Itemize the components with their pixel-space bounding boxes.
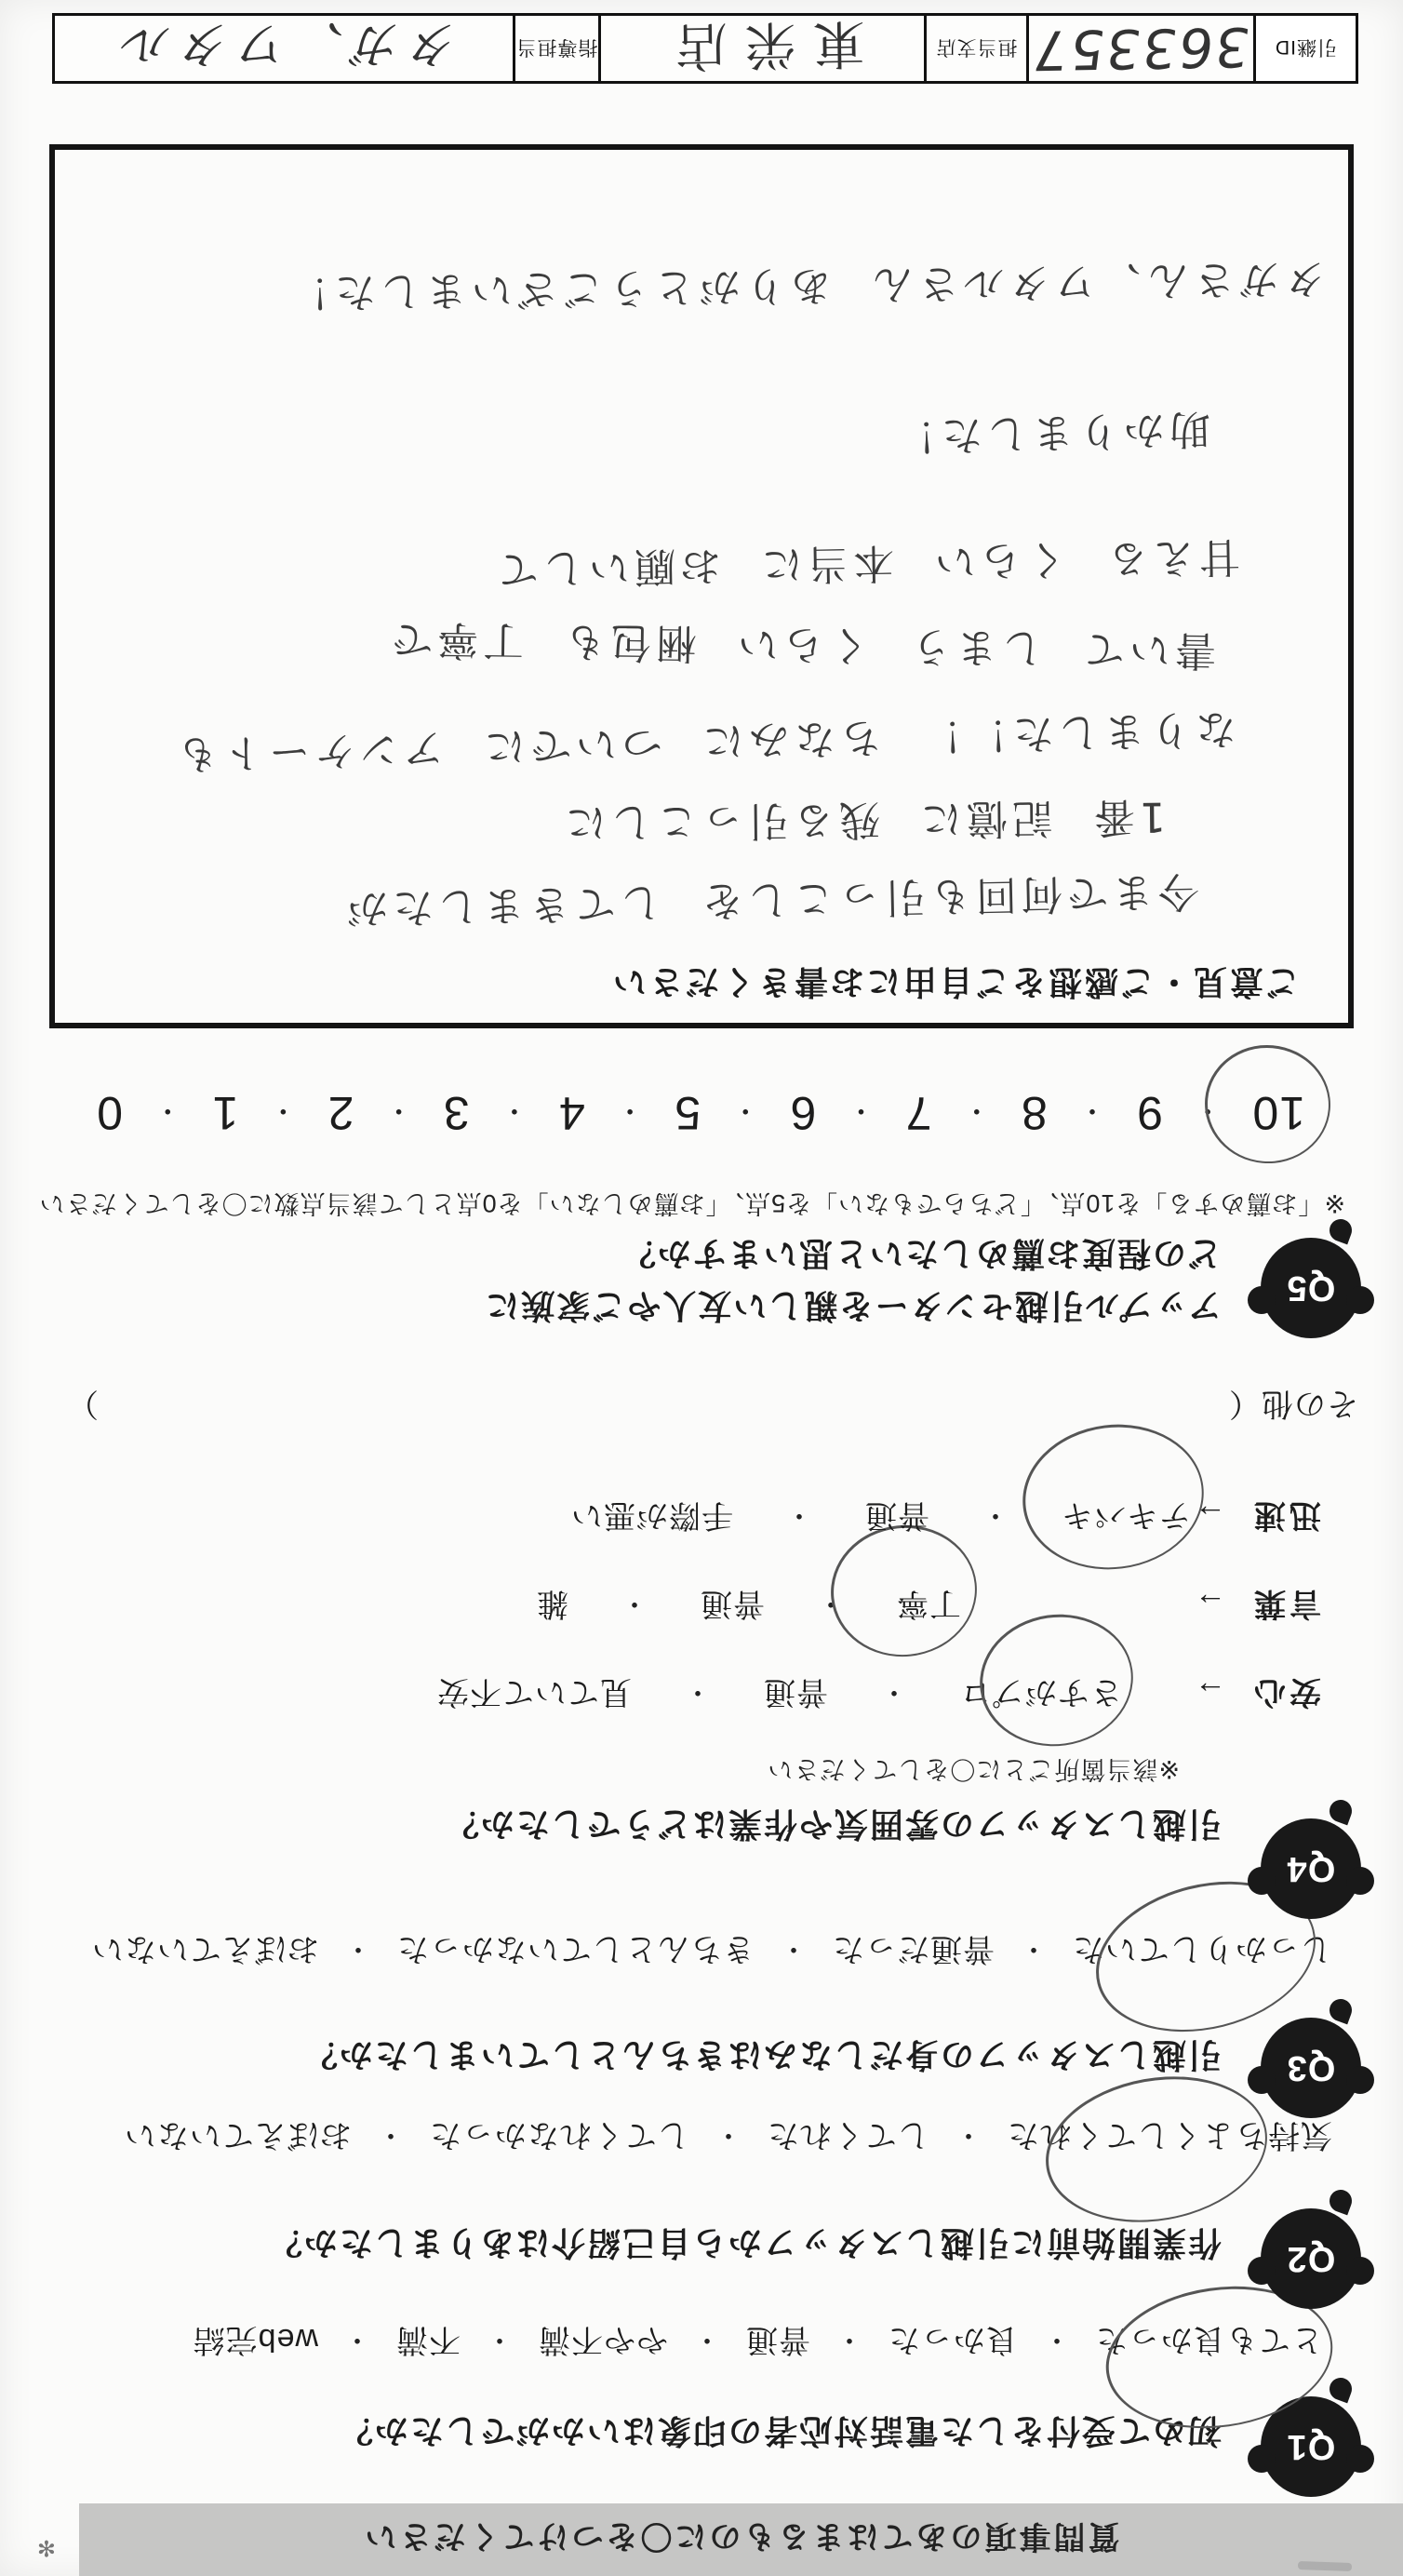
comment-box[interactable]: ご意見・ご感想をご自由にお書きください 今まで何回も引っこしを してきましたが … (49, 144, 1354, 1028)
staff-label-cell: 指導担当 (513, 16, 598, 81)
q4-other-field[interactable]: ） (66, 1384, 99, 1429)
q2-badge: Q2 (1261, 2208, 1361, 2309)
scale-separator: ・ (962, 1093, 991, 1134)
scale-7[interactable]: 7 (905, 1086, 932, 1140)
handover-id-value-cell[interactable]: 363357 (1026, 16, 1253, 81)
q4-jinsoku-option-2[interactable]: 手際が悪い (570, 1496, 733, 1541)
q2-option-3[interactable]: おぼえていない (124, 2115, 352, 2161)
handwritten-comment-line: 1番 記憶に 残る引っこしに (561, 791, 1167, 857)
q1-option-2[interactable]: 普通 (745, 2320, 810, 2366)
scale-separator: ・ (500, 1093, 528, 1134)
q4-kotoba-option-1[interactable]: 普通 (700, 1584, 765, 1630)
handwritten-comment-line: なりました！！ ちなみに ついでに アンケートも (172, 703, 1237, 788)
scale-separator: ・ (153, 1093, 181, 1134)
scale-2[interactable]: 2 (327, 1086, 354, 1140)
option-separator: ・ (692, 2323, 721, 2364)
q4-jinsoku-hand-drawn-circle (1014, 1415, 1211, 1580)
q4-badge-label: Q4 (1287, 1849, 1336, 1889)
q4-row-kotoba-label-text: 言葉 (1250, 1586, 1321, 1621)
q4-jinsoku-option-1[interactable]: 普通 (864, 1496, 929, 1541)
option-separator: ・ (879, 1675, 908, 1716)
branch-label-cell: 担当支店 (924, 16, 1026, 81)
q2-hand-drawn-circle (1035, 2059, 1279, 2238)
q2-question: 作業開始前に引越しスタッフから自己紹介はありましたか？ (267, 2221, 1222, 2269)
option-separator: ・ (1019, 1932, 1048, 1973)
q3-badge-label: Q3 (1287, 2048, 1336, 2088)
q5-score-scale: 10・9・8・7・6・5・4・3・2・1・0 (96, 1086, 1305, 1140)
instruction-bar: 質問事項のあてはまるものに〇をつけてください (79, 2503, 1403, 2576)
scale-3[interactable]: 3 (443, 1086, 470, 1140)
handover-id-handwriting: 363357 (1028, 15, 1253, 82)
scale-8[interactable]: 8 (1021, 1086, 1048, 1140)
scan-stray-mark: ✻ (37, 2534, 56, 2561)
handwritten-comment-line: 今まで何回も引っこしを してきましたが (341, 865, 1199, 942)
q3-question: 引越しスタッフの身だしなみはきちんとしていましたか？ (302, 2033, 1222, 2081)
handover-id-label-cell: 引継ID (1253, 16, 1356, 81)
handover-info-table: 引継ID 363357 担当支店 東栄店 指導担当 タガ、ワタル (52, 13, 1358, 84)
scale-separator: ・ (615, 1093, 644, 1134)
q4-other-open-text: その他（ (1228, 1384, 1358, 1429)
q4-kotoba-option-2[interactable]: 雑 (536, 1584, 568, 1630)
branch-label: 担当支店 (936, 34, 1018, 62)
arrow-right: → (1191, 1674, 1226, 1710)
staff-value-cell[interactable]: タガ、ワタル (55, 16, 513, 81)
q3-option-3[interactable]: おぼえていない (91, 1929, 319, 1975)
option-separator: ・ (981, 1498, 1009, 1539)
rotated-form-content: 質問事項のあてはまるものに〇をつけてください ✻ Q1 初めて受付をした電話対応… (0, 0, 1403, 2576)
q3-option-2[interactable]: きちんとしていなかった (396, 1929, 755, 1975)
q4-note: ※該当箇所ごとに〇をしてください (767, 1753, 1180, 1790)
q4-row-jinsoku-label-text: 迅速 (1250, 1497, 1321, 1533)
handover-id-label: 引継ID (1275, 34, 1337, 62)
scale-1[interactable]: 1 (211, 1086, 238, 1140)
instruction-bar-text: 質問事項のあてはまるものに〇をつけてください (363, 2517, 1120, 2563)
staff-label: 指導担当 (516, 34, 598, 62)
q1-badge-label: Q1 (1287, 2427, 1336, 2467)
scale-separator: ・ (1077, 1093, 1106, 1134)
scale-5[interactable]: 5 (674, 1086, 701, 1140)
option-separator: ・ (485, 2323, 514, 2364)
q2-option-2[interactable]: してくれなかった (429, 2115, 689, 2161)
q4-row-anshin-label-text: 安心 (1250, 1674, 1321, 1710)
scale-6[interactable]: 6 (790, 1086, 817, 1140)
handwritten-comment-line: 書いて しまう くらい 梱包も 丁寧で (387, 613, 1217, 684)
handwritten-comment-line: 助かりました！ (890, 403, 1211, 471)
scale-0[interactable]: 0 (96, 1086, 123, 1140)
q4-row-kotoba-label: 言葉→ (1191, 1584, 1321, 1630)
option-separator: ・ (954, 2118, 982, 2159)
option-separator: ・ (779, 1932, 808, 1973)
q4-other-close-text: ） (66, 1384, 99, 1429)
comment-box-caption: ご意見・ご感想をご自由にお書きください (610, 960, 1300, 1008)
q1-option-3[interactable]: やや不満 (538, 2320, 668, 2366)
scale-separator: ・ (847, 1093, 875, 1134)
branch-value-cell[interactable]: 東栄店 (598, 16, 924, 81)
arrow-right: → (1191, 1586, 1226, 1621)
option-separator: ・ (784, 1498, 813, 1539)
option-separator: ・ (620, 1587, 648, 1628)
q5-hand-drawn-circle (1200, 1040, 1336, 1168)
scale-4[interactable]: 4 (558, 1086, 585, 1140)
q4-row-anshin-label: 安心→ (1191, 1672, 1321, 1718)
q3-badge: Q3 (1261, 2018, 1361, 2118)
staff-handwriting: タガ、ワタル (110, 13, 459, 85)
scanned-survey-sheet: 質問事項のあてはまるものに〇をつけてください ✻ Q1 初めて受付をした電話対応… (0, 0, 1403, 2576)
q4-row-jinsoku-label: 迅速→ (1191, 1496, 1321, 1541)
q5-note: ※「お薦めする」を10点、「どちらでもない」を5点、「お薦めしない」を0点として… (39, 1187, 1345, 1224)
q5-question-line1: アップル引越センターを親しい友人やご家族に (484, 1284, 1222, 1332)
q1-option-1[interactable]: 良かった (888, 2320, 1018, 2366)
q4-badge: Q4 (1261, 1818, 1361, 1919)
q5-badge: Q5 (1261, 1238, 1361, 1338)
q4-anshin-option-2[interactable]: 見ていて不安 (436, 1672, 632, 1718)
scale-separator: ・ (730, 1093, 759, 1134)
q3-option-1[interactable]: 普通だった (832, 1929, 995, 1975)
q2-badge-label: Q2 (1287, 2239, 1336, 2279)
q4-other-open: その他（ (1228, 1384, 1358, 1429)
option-separator: ・ (835, 2323, 863, 2364)
q2-option-1[interactable]: してくれた (767, 2115, 929, 2161)
handwritten-comment-line: タガさん、ワタルさん ありがとうございました！ (284, 252, 1326, 327)
q5-question-line2: どの程度お薦めしたいと思いますか？ (621, 1232, 1222, 1280)
q4-question: 引越しスタッフの雰囲気や作業はどうでしたか？ (444, 1803, 1222, 1850)
scale-separator: ・ (268, 1093, 297, 1134)
option-separator: ・ (342, 2323, 371, 2364)
scale-9[interactable]: 9 (1136, 1086, 1163, 1140)
option-separator: ・ (376, 2118, 405, 2159)
scale-separator: ・ (384, 1093, 413, 1134)
option-separator: ・ (1042, 2323, 1071, 2364)
option-separator: ・ (714, 2118, 742, 2159)
option-separator: ・ (683, 1675, 712, 1716)
q4-anshin-option-1[interactable]: 普通 (763, 1672, 828, 1718)
branch-handwriting: 東栄店 (659, 9, 866, 87)
handwritten-comment-line: 甘える くらい 本当に お願いして (493, 530, 1241, 603)
q4-anshin-hand-drawn-circle (971, 1604, 1142, 1756)
option-separator: ・ (343, 1932, 372, 1973)
q5-badge-label: Q5 (1287, 1268, 1336, 1308)
q1-option-5[interactable]: web完結 (193, 2320, 318, 2366)
q1-question: 初めて受付をした電話対応者の印象はいかがでしたか？ (338, 2409, 1222, 2457)
q1-option-4[interactable]: 不満 (395, 2320, 461, 2366)
